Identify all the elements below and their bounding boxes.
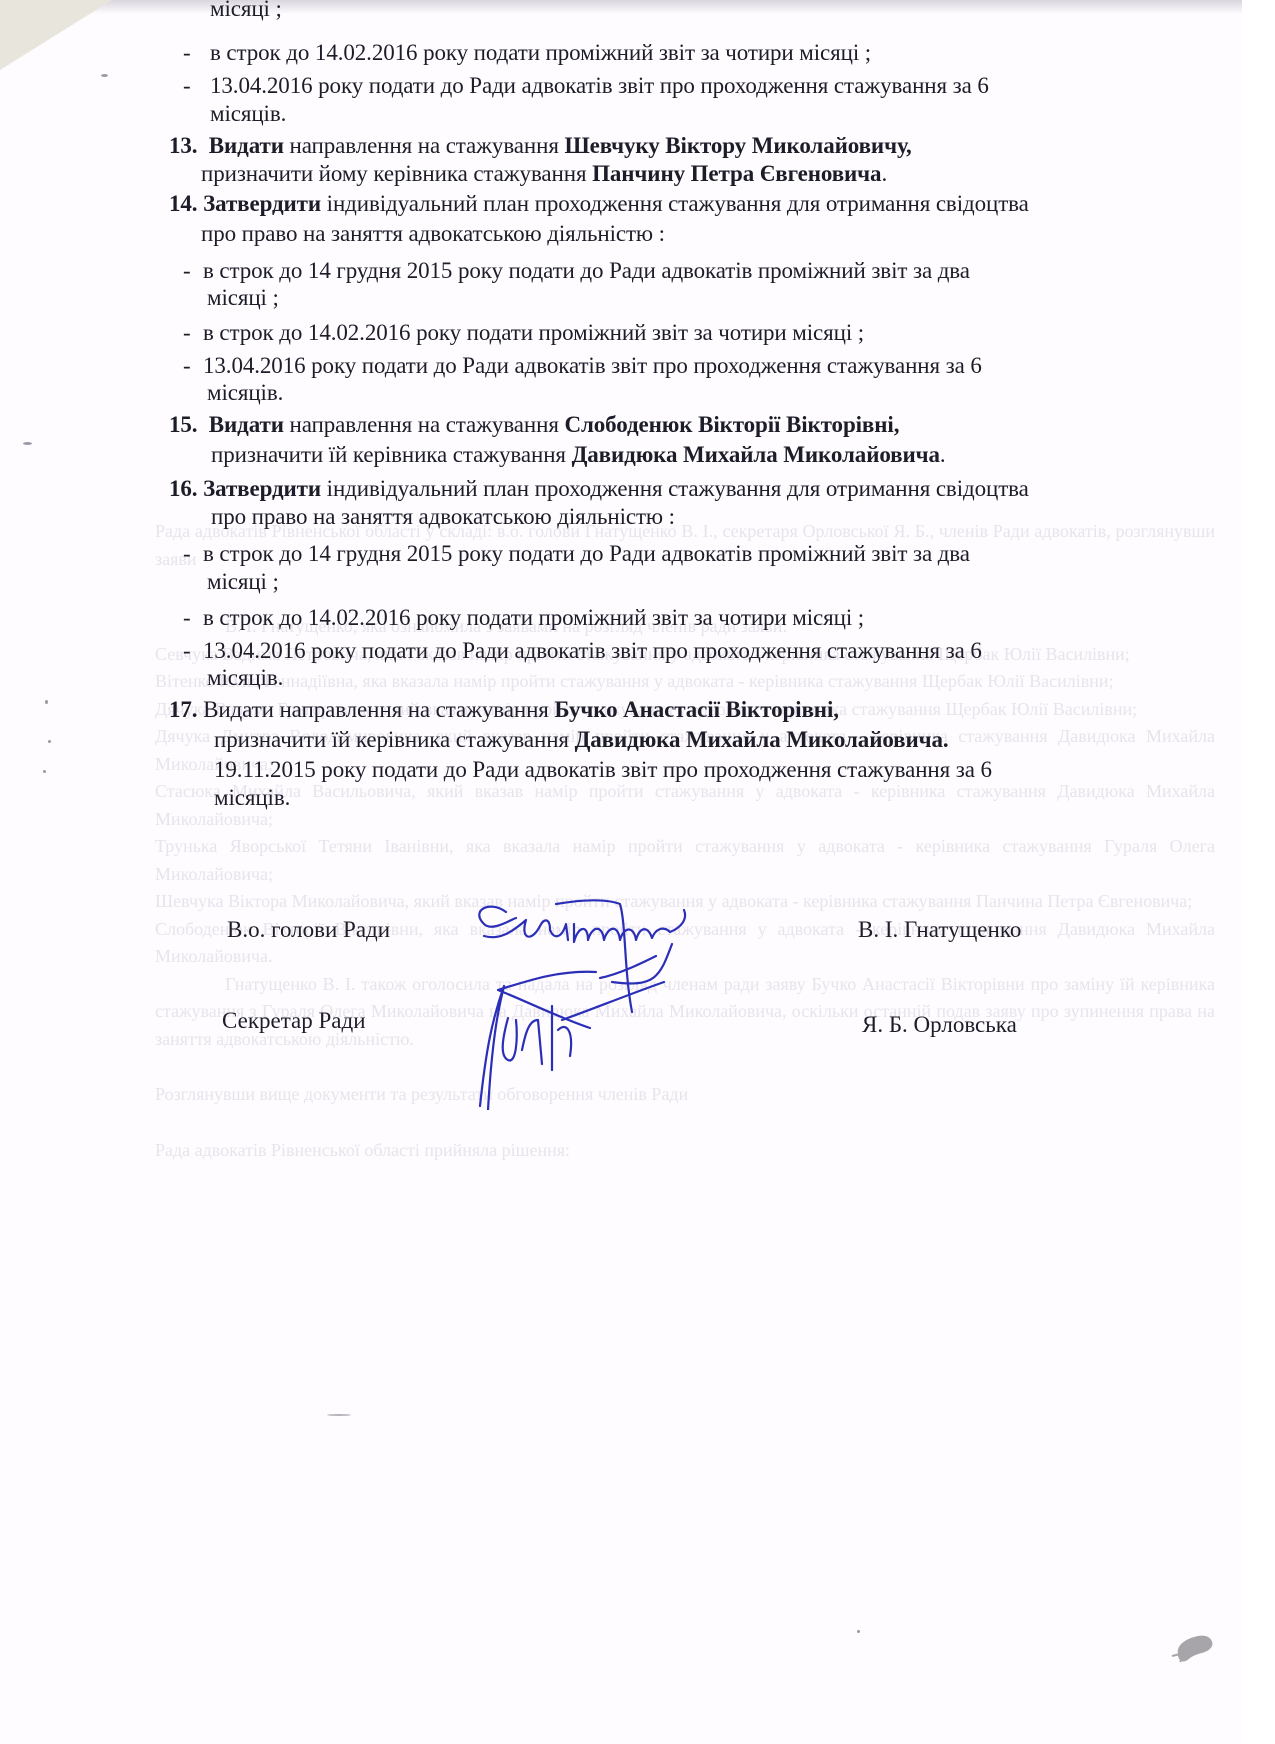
item-17-line3: 19.11.2015 року подати до Ради адвокатів… <box>214 757 992 783</box>
item-text: призначити їй керівника стажування <box>214 727 575 752</box>
item-16-sub: в строк до 14 грудня 2015 року подати до… <box>203 541 970 567</box>
trainee-name: Слободенюк Вікторії Вікторівні, <box>564 412 899 437</box>
supervisor-name: Панчину Петра Євгеновича <box>592 161 881 186</box>
item-text: . <box>940 442 946 467</box>
item-16-line2: про право на заняття адвокатською діяльн… <box>211 504 675 530</box>
item-number: 17. <box>169 697 197 722</box>
item-17: 17. Видати направлення на стажування Буч… <box>169 697 839 723</box>
scan-speck <box>101 74 108 77</box>
trainee-name: Шевчуку Віктору Миколайовичу, <box>564 133 911 158</box>
item-12-line: місяці ; <box>210 0 282 22</box>
scan-speck <box>857 1630 860 1633</box>
scan-speck <box>45 700 48 704</box>
scan-margin-strip <box>1242 0 1275 1744</box>
signatory-role-secretary: Секретар Ради <box>222 1008 366 1034</box>
list-dash: - <box>183 258 191 284</box>
signatory-name-chair: В. І. Гнатущенко <box>858 917 1021 943</box>
scanned-page: Рада адвокатів Рівненської області у скл… <box>0 0 1242 1744</box>
folded-corner <box>0 0 112 70</box>
list-dash: - <box>183 605 191 631</box>
list-dash: - <box>183 73 191 99</box>
item-12-line: місяців. <box>210 101 286 127</box>
handwritten-signature-icon <box>470 880 780 1110</box>
item-14-sub: 13.04.2016 року подати до Ради адвокатів… <box>203 353 982 379</box>
list-dash: - <box>183 320 191 346</box>
bleed-paragraph: Стасюка Михайла Васильовича, який вказав… <box>155 778 1215 833</box>
item-verb: Затвердити <box>203 191 321 216</box>
item-17-line2: призначити їй керівника стажування Давид… <box>214 727 949 753</box>
item-16-sub: місяці ; <box>207 569 279 595</box>
ink-stain-icon <box>1168 1632 1218 1668</box>
supervisor-name: Давидюка Михайла Миколайовича. <box>575 727 949 752</box>
list-dash: - <box>183 541 191 567</box>
item-14-sub: місяці ; <box>207 285 279 311</box>
item-text: індивідуальний план проходження стажуван… <box>321 476 1029 501</box>
item-number: 15. <box>169 412 197 437</box>
list-dash: - <box>183 40 191 66</box>
item-text: направлення на стажування <box>284 412 565 437</box>
trainee-name: Бучко Анастасії Вікторівні, <box>554 697 838 722</box>
item-text: . <box>881 161 887 186</box>
list-dash: - <box>183 353 191 379</box>
item-14-sub: в строк до 14 грудня 2015 року подати до… <box>203 258 970 284</box>
item-text: призначити йому керівника стажування <box>201 161 592 186</box>
scan-top-shadow <box>0 0 1242 14</box>
item-13-line2: призначити йому керівника стажування Пан… <box>201 161 887 187</box>
item-14-sub: місяців. <box>207 380 283 406</box>
item-verb: Видати <box>209 133 284 158</box>
item-14: 14. Затвердити індивідуальний план прохо… <box>169 191 1029 217</box>
item-16-sub: 13.04.2016 року подати до Ради адвокатів… <box>203 638 982 664</box>
item-14-line2: про право на заняття адвокатською діяльн… <box>201 221 665 247</box>
item-15: 15. Видати направлення на стажування Сло… <box>169 412 899 438</box>
signatory-name-secretary: Я. Б. Орловська <box>862 1012 1017 1038</box>
signatory-role-chair: В.о. голови Ради <box>227 917 390 943</box>
item-16: 16. Затвердити індивідуальний план прохо… <box>169 476 1029 502</box>
bleed-paragraph: Рада адвокатів Рівненської області прийн… <box>155 1137 1215 1165</box>
item-13: 13. Видати направлення на стажування Шев… <box>169 133 912 159</box>
item-17-line4: місяців. <box>214 785 290 811</box>
item-verb: Видати <box>209 412 284 437</box>
scan-speck <box>23 442 32 445</box>
item-number: 13. <box>169 133 197 158</box>
item-12-line: 13.04.2016 року подати до Ради адвокатів… <box>210 73 989 99</box>
item-14-sub: в строк до 14.02.2016 року подати проміж… <box>203 320 864 346</box>
bleed-paragraph: Вітенко Юлія Геннадіївна, яка вказала на… <box>155 668 1215 696</box>
item-12-line: в строк до 14.02.2016 року подати проміж… <box>210 40 871 66</box>
item-number: 14. <box>169 191 197 216</box>
item-16-sub: в строк до 14.02.2016 року подати проміж… <box>203 605 864 631</box>
scan-speck <box>48 740 51 743</box>
item-text: Видати направлення на стажування <box>197 697 554 722</box>
list-dash: - <box>183 638 191 664</box>
scan-speck <box>43 770 46 773</box>
supervisor-name: Давидюка Михайла Миколайовича <box>572 442 940 467</box>
item-15-line2: призначити їй керівника стажування Давид… <box>211 442 946 468</box>
scan-mark <box>327 1414 351 1416</box>
item-text: призначити їй керівника стажування <box>211 442 572 467</box>
item-16-sub: місяців. <box>207 665 283 691</box>
item-text: індивідуальний план проходження стажуван… <box>321 191 1029 216</box>
item-verb: Затвердити <box>203 476 321 501</box>
item-text: направлення на стажування <box>284 133 565 158</box>
item-number: 16. <box>169 476 197 501</box>
